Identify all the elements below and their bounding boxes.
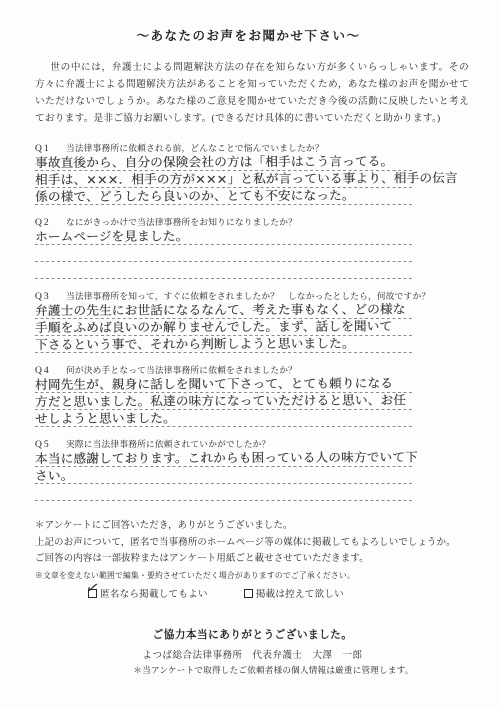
handwritten-checkmark-icon: ✓ [84,578,101,596]
handwritten-answer: 本当に感謝しております。これからも困っている人の味方でいて下 [35,448,413,467]
consent-line-1: 上記のお声について，匿名で当事務所のホームページ等の媒体に掲載してもよろしいでし… [35,535,470,552]
consent-option-anonymous-ok: ✓匿名なら掲載してもよい [88,587,208,604]
handwritten-answer: さい。 [35,465,413,484]
checkbox-icon: ✓ [88,589,97,598]
closing-section: ご協力本当にありがとうございました。 よつば総合法律事務所 代表弁護士 大澤 一… [35,627,470,676]
question-number: Q3 [35,291,66,302]
handwritten-answer: 係の様で、どうしたら良いのか、とても不安になった。 [35,186,413,205]
question-text: 何が決め手となって当法律事務所に依頼をされましたか？ [66,365,297,375]
answer-line: せしようと思いました。 [35,410,413,427]
answer-line [35,245,413,262]
question-block-q1: Q1当法律事務所に依頼される前，どんなことで悩んでいましたか？ 事故直後から、自… [35,142,470,205]
handwritten-answer: 下さるという事で、それから判断しようと思いました。 [35,334,413,353]
question-block-q4: Q4何が決め手となって当法律事務所に依頼をされましたか？ 村岡先生が、親身に話し… [35,364,470,427]
consent-line-2: ご回答の内容は一部抜粋またはアンケート用紙ごと載せさせていただきます。 [35,551,470,568]
answer-line: 下さるという事で、それから判断しようと思いました。 [35,336,413,353]
question-text: 実際に当法律事務所に依頼されていかがでしたか？ [66,439,270,449]
question-block-q3: Q3当法律事務所を知って，すぐに依頼をされましたか？ しなかったとしたら，何故で… [35,290,470,353]
answer-line: 事故直後から、自分の保険会社の方は「相手はこう言ってる。 [35,154,413,171]
consent-option-decline: ✓掲載は控えて欲しい [244,587,344,604]
answer-line: 弁護士の先生にお世話になるなんて、考えた事もなく、どの様な [35,302,413,319]
document-title: ～あなたのお声をお聞かせ下さい～ [35,26,462,44]
handwritten-answer: ホームページを見ました。 [35,226,413,245]
answer-line: 手順をふめば良いのか解りませんでした。まず、話しを聞いて [35,319,413,336]
answer-line: ホームページを見ました。 [35,228,413,245]
consent-option-label: 掲載は控えて欲しい [256,589,344,600]
question-number: Q1 [35,143,66,154]
handwritten-answer: せしようと思いました。 [35,408,413,427]
consent-option-label: 匿名なら掲載してもよい [100,589,208,600]
question-list: Q1当法律事務所に依頼される前，どんなことで悩んでいましたか？ 事故直後から、自… [35,142,470,501]
answer-line: 方だと思いました。私達の味方になっていただけると思い、お任 [35,393,413,410]
answer-line: 村岡先生が、親身に話しを聞いて下さって、とても頼りになる [35,376,413,393]
answer-line: 相手は、×××．相手の方が×××」と私が言っている事より、相手の伝言 [35,171,413,188]
question-block-q5: Q5実際に当法律事務所に依頼されていかがでしたか？ 本当に感謝しております。これ… [35,438,470,501]
handwritten-answer: 手順をふめば良いのか解りませんでした。まず、話しを聞いて [35,317,413,336]
handwritten-answer: 方だと思いました。私達の味方になっていただけると思い、お任 [35,391,413,410]
question-number: Q5 [35,439,66,450]
checkbox-icon: ✓ [244,589,253,598]
law-office-signature: よつば総合法律事務所 代表弁護士 大澤 一郎 [35,647,470,661]
question-text: 当法律事務所を知って，すぐに依頼をされましたか？ しなかったとしたら，何故ですか… [66,291,430,301]
answer-line: さい。 [35,467,413,484]
survey-thanks-note: ＊アンケートにご回答いただき，ありがとうございました。 [35,518,470,535]
question-text: なにがきっかけで当法律事務所をお知りになりましたか？ [66,217,297,227]
scanned-survey-document: ～あなたのお声をお聞かせ下さい～ 世の中には，弁護士による問題解決方法の存在を知… [0,0,500,707]
handwritten-answer: 事故直後から、自分の保険会社の方は「相手はこう言ってる。 [35,152,413,171]
handwritten-answer: 村岡先生が、親身に話しを聞いて下さって、とても頼りになる [35,374,413,393]
answer-line: 本当に感謝しております。これからも困っている人の味方でいて下 [35,450,413,467]
handwritten-answer: 相手は、×××．相手の方が×××」と私が言っている事より、相手の伝言 [35,169,413,188]
privacy-note: ＊当アンケートで取得したご依頼者様の個人情報は厳重に管理します。 [77,664,470,676]
handwritten-answer: 弁護士の先生にお世話になるなんて、考えた事もなく、どの様な [35,300,413,319]
question-number: Q4 [35,365,66,376]
question-number: Q2 [35,217,66,228]
consent-options-row: ✓匿名なら掲載してもよい ✓掲載は控えて欲しい [35,587,470,604]
question-text: 当法律事務所に依頼される前，どんなことで悩んでいましたか？ [66,143,324,153]
intro-paragraph: 世の中には，弁護士による問題解決方法の存在を知らない方が多くいらっしゃいます。そ… [35,59,469,127]
answer-line [35,262,413,279]
closing-thanks: ご協力本当にありがとうございました。 [35,627,470,642]
answer-line: 係の様で、どうしたら良いのか、とても不安になった。 [35,188,413,205]
answer-line [35,484,413,501]
publication-consent-section: ＊アンケートにご回答いただき，ありがとうございました。 上記のお声について，匿名… [35,518,470,603]
question-block-q2: Q2なにがきっかけで当法律事務所をお知りになりましたか？ ホームページを見ました… [35,216,470,279]
